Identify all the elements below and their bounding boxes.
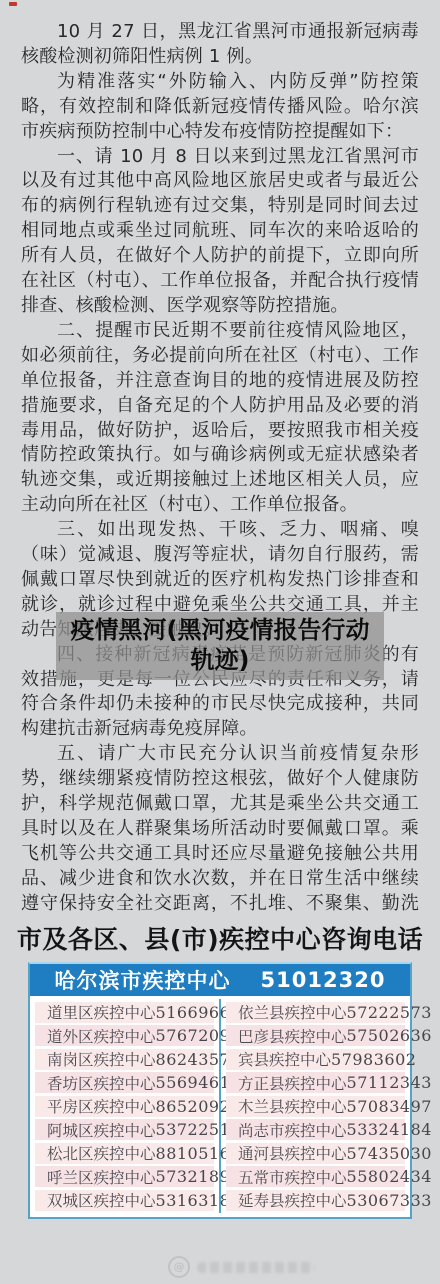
cdc-center-name: 道里区疾控中心	[47, 1001, 156, 1023]
table-header-row: 哈尔滨市疾控中心 51012320	[30, 964, 410, 996]
table-row: 香坊区疾控中心55694618	[35, 1072, 214, 1093]
cdc-center-name: 依兰县疾控中心	[238, 1001, 347, 1023]
cdc-center-name: 道外区疾控中心	[47, 1025, 156, 1047]
table-body: 道里区疾控中心51669665道外区疾控中心57672096南岗区疾控中心862…	[30, 996, 410, 1217]
watermark-blurred-text	[197, 1262, 315, 1273]
red-corner-mark	[9, 2, 17, 6]
phone-table-title: 市及各区、县(市)疾控中心咨询电话	[0, 920, 440, 956]
table-row: 延寿县疾控中心53067333	[226, 1190, 405, 1211]
cdc-center-name: 平房区疾控中心	[47, 1095, 156, 1117]
cdc-phone-number: 55802434	[347, 1167, 432, 1186]
cdc-center-name: 巴彦县疾控中心	[238, 1025, 347, 1047]
table-row: 尚志市疾控中心53324184	[226, 1119, 405, 1140]
cdc-center-name: 宾县疾控中心	[238, 1048, 331, 1070]
paragraph: 五、请广大市民充分认识当前疫情复杂形势，继续绷紧疫情防控这根弦，做好个人健康防护…	[21, 742, 419, 912]
table-row: 平房区疾控中心86520920	[35, 1096, 214, 1117]
city-cdc-name: 哈尔滨市疾控中心	[55, 965, 231, 995]
cdc-center-name: 五常市疾控中心	[238, 1166, 347, 1188]
table-left-column: 道里区疾控中心51669665道外区疾控中心57672096南岗区疾控中心862…	[30, 999, 221, 1213]
cdc-center-name: 延寿县疾控中心	[238, 1189, 347, 1211]
cdc-phone-number: 53067333	[347, 1191, 432, 1210]
table-row: 松北区疾控中心88105166	[35, 1143, 214, 1164]
city-cdc-phone: 51012320	[261, 968, 386, 992]
table-row: 木兰县疾控中心57083497	[226, 1096, 405, 1117]
cdc-center-name: 南岗区疾控中心	[47, 1048, 156, 1070]
table-row: 呼兰区疾控中心57321893	[35, 1166, 214, 1187]
article-page: 10 月 27 日，黑龙江省黑河市通报新冠病毒核酸检测初筛阳性病例 1 例。为精…	[0, 0, 440, 1284]
cdc-phone-table: 哈尔滨市疾控中心 51012320 道里区疾控中心51669665道外区疾控中心…	[28, 962, 412, 1219]
cdc-center-name: 呼兰区疾控中心	[47, 1166, 156, 1188]
table-row: 双城区疾控中心53163181	[35, 1190, 214, 1211]
source-watermark: @	[168, 1256, 315, 1278]
cdc-center-name: 通河县疾控中心	[238, 1142, 347, 1164]
paragraph: 二、提醒市民近期不要前往疫情风险地区，如必须前往，务必提前向所在社区（村屯）、工…	[21, 319, 419, 518]
table-row: 道外区疾控中心57672096	[35, 1025, 214, 1046]
table-row: 南岗区疾控中心86243577	[35, 1049, 214, 1070]
cdc-center-name: 松北区疾控中心	[47, 1142, 156, 1164]
table-row: 依兰县疾控中心57222573	[226, 1002, 405, 1023]
table-row: 道里区疾控中心51669665	[35, 1002, 214, 1023]
table-row: 方正县疾控中心57112343	[226, 1072, 405, 1093]
table-row: 阿城区疾控中心53722510	[35, 1119, 214, 1140]
cdc-center-name: 阿城区疾控中心	[47, 1119, 156, 1141]
paragraph: 为精准落实“外防输入、内防反弹”防控策略，有效控制和降低新冠疫情传播风险。哈尔滨…	[21, 70, 419, 145]
cdc-phone-number: 57222573	[347, 1003, 432, 1022]
cdc-center-name: 香坊区疾控中心	[47, 1072, 156, 1094]
table-right-column: 依兰县疾控中心57222573巴彦县疾控中心57502636宾县疾控中心5798…	[221, 999, 410, 1213]
cdc-phone-number: 53324184	[347, 1120, 432, 1139]
weibo-logo-icon: @	[168, 1256, 190, 1278]
table-row: 巴彦县疾控中心57502636	[226, 1025, 405, 1046]
paragraph: 10 月 27 日，黑龙江省黑河市通报新冠病毒核酸检测初筛阳性病例 1 例。	[21, 20, 419, 70]
cdc-phone-number: 57983602	[331, 1050, 416, 1069]
article-body: 10 月 27 日，黑龙江省黑河市通报新冠病毒核酸检测初筛阳性病例 1 例。为精…	[0, 0, 440, 912]
table-row: 五常市疾控中心55802434	[226, 1166, 405, 1187]
cdc-phone-number: 57083497	[347, 1097, 432, 1116]
cdc-center-name: 尚志市疾控中心	[238, 1119, 347, 1141]
watermark-title-overlay: 疫情黑河(黑河疫情报告行动轨迹)	[56, 612, 384, 680]
cdc-phone-number: 57502636	[347, 1026, 432, 1045]
table-row: 通河县疾控中心57435030	[226, 1143, 405, 1164]
cdc-center-name: 双城区疾控中心	[47, 1189, 156, 1211]
cdc-center-name: 木兰县疾控中心	[238, 1095, 347, 1117]
cdc-phone-number: 57435030	[347, 1144, 432, 1163]
paragraph: 一、请 10 月 8 日以来到过黑龙江省黑河市以及有过其他中高风险地区旅居史或者…	[21, 145, 419, 319]
table-row: 宾县疾控中心57983602	[226, 1049, 405, 1070]
cdc-phone-number: 57112343	[347, 1073, 432, 1092]
cdc-center-name: 方正县疾控中心	[238, 1072, 347, 1094]
